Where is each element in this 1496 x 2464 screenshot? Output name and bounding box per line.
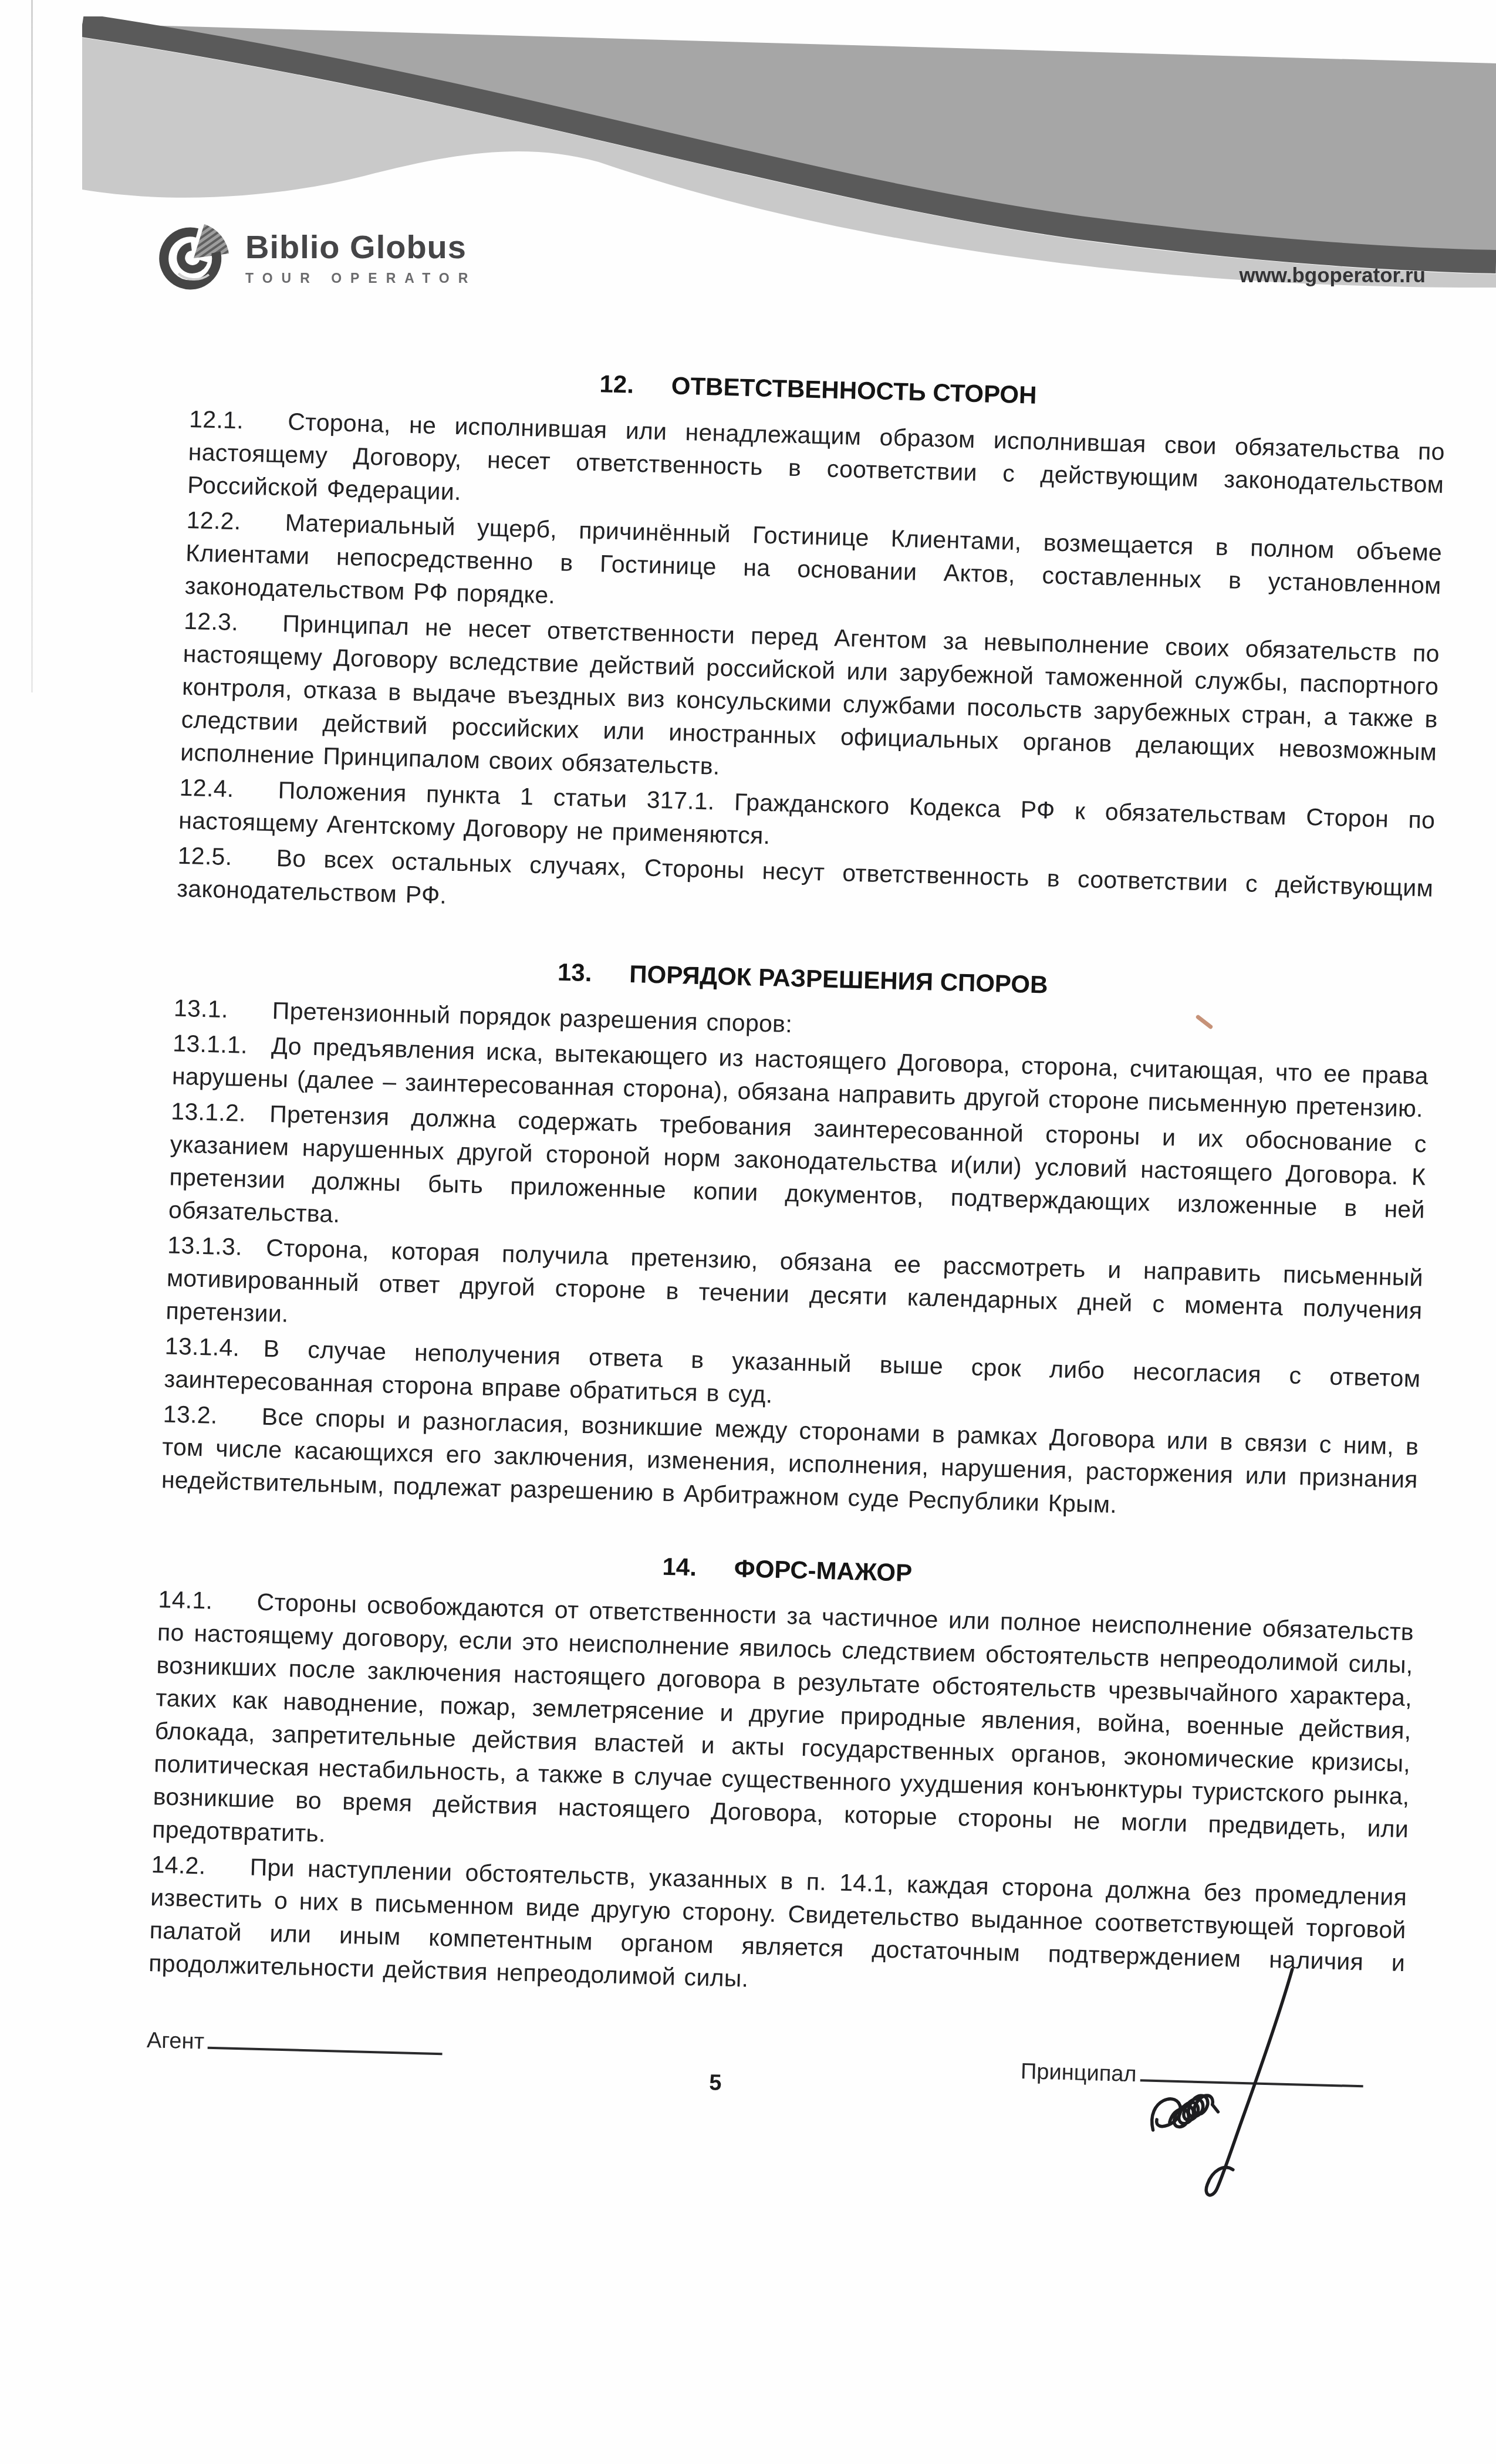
contract-body: 12.ОТВЕТСТВЕННОСТЬ СТОРОН12.1.Сторона, н…	[148, 359, 1447, 2012]
clause-number: 14.2.	[151, 1848, 250, 1883]
clause-number: 12.1.	[189, 403, 288, 438]
principal-signature-block: Принципал	[1021, 2056, 1364, 2093]
clause-number: 13.1.2.	[171, 1095, 270, 1130]
clause-number: 14.1.	[158, 1583, 257, 1618]
scanned-page: Biblio Globus TOUR OPERATOR www.bgoperat…	[0, 0, 1496, 2464]
principal-label: Принципал	[1021, 2059, 1137, 2087]
principal-signature-line[interactable]	[1140, 2059, 1363, 2087]
scan-skew-wrapper: 12.ОТВЕТСТВЕННОСТЬ СТОРОН12.1.Сторона, н…	[143, 359, 1446, 2210]
scan-edge-line	[31, 0, 33, 692]
section-number: 13.	[557, 958, 592, 988]
website-url: www.bgoperator.ru	[1239, 264, 1426, 288]
page-number: 5	[709, 2070, 722, 2096]
section-title: ПОРЯДОК РАЗРЕШЕНИЯ СПОРОВ	[629, 960, 1048, 999]
clause-number: 13.1.1.	[173, 1027, 272, 1062]
brand-subtitle: TOUR OPERATOR	[245, 271, 477, 286]
agent-label: Агент	[146, 2028, 204, 2054]
clause-14.1: 14.1.Стороны освобождаются от ответствен…	[152, 1583, 1414, 1878]
clause-number: 13.1.3.	[167, 1228, 266, 1263]
clause-number: 12.4.	[179, 771, 278, 806]
clause-number: 13.1.	[173, 992, 272, 1027]
clause-number: 12.3.	[184, 604, 283, 640]
section-title: ОТВЕТСТВЕННОСТЬ СТОРОН	[671, 371, 1037, 409]
agent-signature-line[interactable]	[208, 2027, 443, 2055]
clause-number: 12.5.	[177, 839, 276, 874]
logo-inner-highlight	[178, 273, 209, 279]
agent-signature-block: Агент	[146, 2025, 443, 2061]
clause-number: 12.2.	[186, 503, 285, 539]
brand-name: Biblio Globus	[245, 228, 477, 266]
biblio-globus-logo-icon	[157, 222, 234, 304]
brand-row: Biblio Globus TOUR OPERATOR www.bgoperat…	[157, 222, 1496, 322]
section-number: 14.	[662, 1553, 697, 1582]
signature-footer: Агент 5 Принципал	[143, 2025, 1403, 2210]
brand-text-block: Biblio Globus TOUR OPERATOR	[245, 228, 477, 286]
section-title: ФОРС-МАЖОР	[734, 1554, 912, 1587]
clause-12.3: 12.3.Принципал не несет ответственности …	[180, 604, 1440, 802]
logo-pages-wedge	[194, 224, 229, 258]
clause-number: 13.2.	[163, 1397, 262, 1432]
section-number: 12.	[599, 370, 634, 399]
clause-number: 13.1.4.	[164, 1329, 264, 1364]
